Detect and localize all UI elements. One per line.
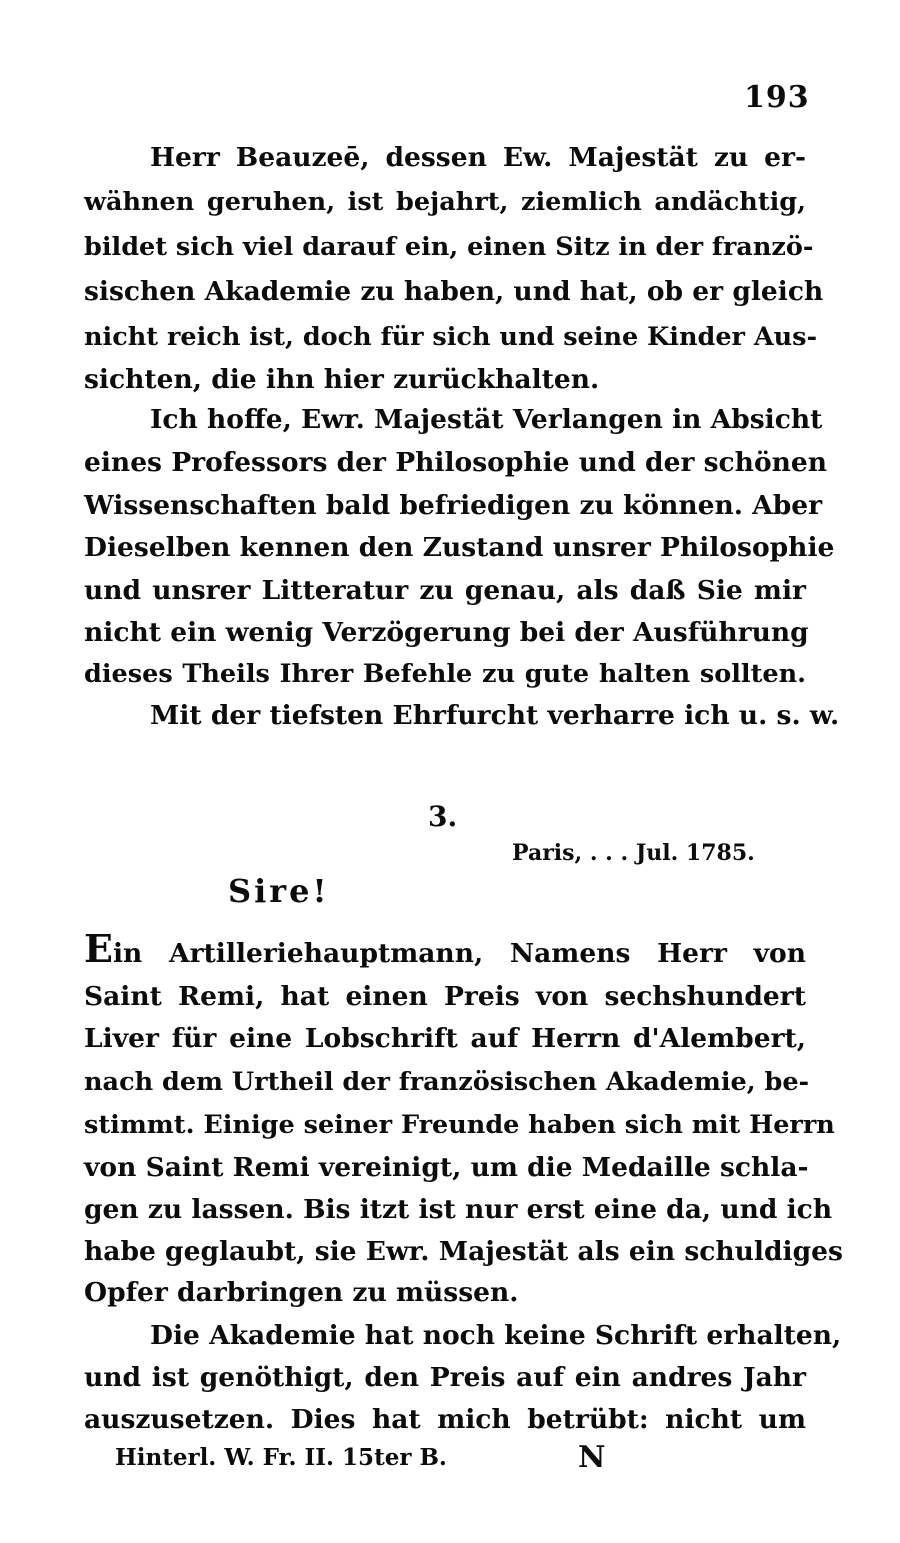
letter-number: 3. <box>428 800 457 833</box>
salutation: Sire! <box>228 872 330 910</box>
page-number: 193 <box>744 80 810 115</box>
text-line: stimmt. Einige seiner Freunde haben sich… <box>84 1105 806 1145</box>
text-line: Opfer darbringen zu müssen. <box>84 1273 806 1313</box>
text-line-first: Ein Artilleriehauptmann, Namens Herr von <box>84 934 806 974</box>
text-line: gen zu lassen. Bis itzt ist nur erst ein… <box>84 1190 806 1230</box>
text-line: sichten, die ihn hier zurückhalten. <box>84 360 806 400</box>
closing-line: Mit der tiefsten Ehrfurcht verharre ich … <box>150 696 806 736</box>
drop-cap: E <box>84 926 113 971</box>
text-line: Liver für eine Lobschrift auf Herrn d'Al… <box>84 1019 806 1059</box>
text-line: sischen Akademie zu haben, und hat, ob e… <box>84 272 806 312</box>
text-line: und unsrer Litteratur zu genau, als daß … <box>84 571 806 611</box>
text-line: nach dem Urtheil der französischen Akade… <box>84 1062 806 1102</box>
text-line: eines Professors der Philosophie und der… <box>84 443 806 483</box>
text-line: Ich hoffe, Ewr. Majestät Verlangen in Ab… <box>150 400 806 440</box>
text-line: nicht ein wenig Verzögerung bei der Ausf… <box>84 613 806 653</box>
text-line: und ist genöthigt, den Preis auf ein and… <box>84 1358 806 1398</box>
text-line: Die Akademie hat noch keine Schrift erha… <box>150 1316 806 1356</box>
text-line: Saint Remi, hat einen Preis von sechshun… <box>84 977 806 1017</box>
book-page: 193 Herr Beauzeē, dessen Ew. Majestät zu… <box>0 0 900 1543</box>
text-line: Herr Beauzeē, dessen Ew. Majestät zu er- <box>150 138 806 178</box>
text-line: habe geglaubt, sie Ewr. Majestät als ein… <box>84 1232 806 1272</box>
text-line: auszusetzen. Dies hat mich betrübt: nich… <box>84 1400 806 1440</box>
text-line: dieses Theils Ihrer Befehle zu gute halt… <box>84 654 806 694</box>
signature-line: Hinterl. W. Fr. II. 15ter B. <box>115 1444 447 1471</box>
text-line: nicht reich ist, doch für sich und seine… <box>84 317 806 357</box>
text-line-rest: in Artilleriehauptmann, Namens Herr von <box>113 938 806 969</box>
text-line: bildet sich viel darauf ein, einen Sitz … <box>84 227 806 267</box>
text-line: wähnen geruhen, ist bejahrt, ziemlich an… <box>84 182 806 222</box>
text-line: Wissenschaften bald befriedigen zu könne… <box>84 486 806 526</box>
text-line: Dieselben kennen den Zustand unsrer Phil… <box>84 528 806 568</box>
text-line: von Saint Remi vereinigt, um die Medaill… <box>84 1148 806 1188</box>
dateline: Paris, . . . Jul. 1785. <box>512 840 755 866</box>
signature-mark: N <box>578 1440 605 1475</box>
